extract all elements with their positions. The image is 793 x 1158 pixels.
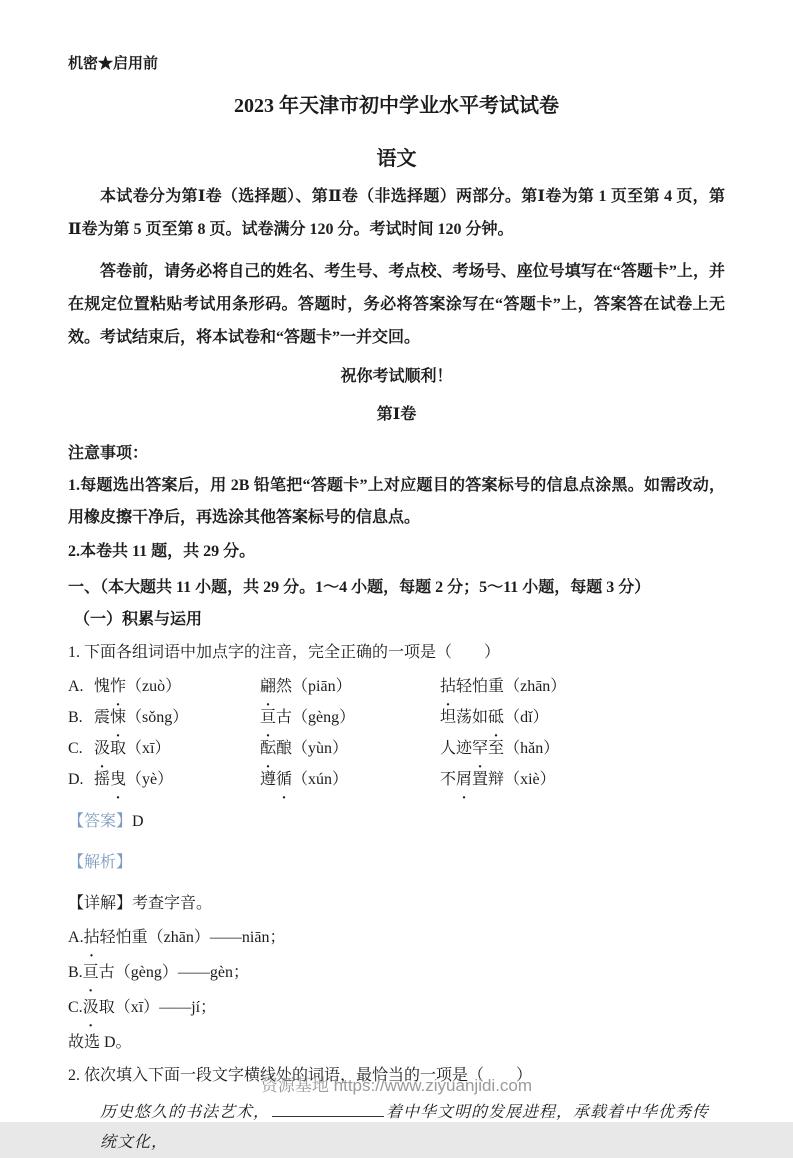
explanation-line: A.拈轻怕重（zhān）——niān； — [68, 922, 725, 953]
question-1-stem: 1. 下面各组词语中加点字的注音，完全正确的一项是（ ） — [68, 639, 725, 667]
dotted-character: 悚 — [110, 702, 126, 733]
explanation-lines: A.拈轻怕重（zhān）——niān；B.亘古（gèng）——gèn；C.汲取（… — [68, 922, 725, 1023]
answer-value: D — [132, 813, 144, 830]
exam-paper-page: 机密★启用前 2023 年天津市初中学业水平考试试卷 语文 本试卷分为第Ⅰ卷（选… — [0, 0, 793, 1122]
dotted-character: 拈 — [84, 922, 100, 953]
dotted-character: 罕 — [472, 733, 488, 764]
dotted-character: 汲 — [83, 992, 99, 1023]
dotted-character: 亘 — [260, 702, 276, 733]
option-row: A.愧怍（zuò）翩然（piān）拈轻怕重（zhān） — [68, 671, 725, 702]
analysis-label: 【解析】 — [68, 854, 132, 871]
option-word: 拈轻怕重（zhān） — [440, 671, 566, 702]
option-word: 愧怍（zuò） — [94, 671, 260, 702]
option-label: B. — [68, 702, 94, 733]
option-label: D. — [68, 764, 94, 795]
question-1-options: A.愧怍（zuò）翩然（piān）拈轻怕重（zhān）B.震悚（sǒng）亘古（… — [68, 671, 725, 795]
option-word: 摇曳（yè） — [94, 764, 260, 795]
page-title: 2023 年天津市初中学业水平考试试卷 — [68, 89, 725, 118]
option-label: A. — [68, 671, 94, 702]
dotted-character: 怍 — [110, 671, 126, 702]
detail-line: 【详解】考查字音。 — [68, 890, 725, 918]
analysis-line: 【解析】 — [68, 849, 725, 877]
subsection-heading: （一）积累与运用 — [68, 605, 725, 635]
notice-title: 注意事项： — [68, 440, 725, 468]
option-word: 坦荡如砥（dǐ） — [440, 702, 549, 733]
option-word: 不屑置辩（xiè） — [440, 764, 556, 795]
detail-label: 【详解】 — [68, 895, 132, 912]
option-word: 人迹罕至（hǎn） — [440, 733, 559, 764]
subject-title: 语文 — [68, 142, 725, 171]
wish-line: 祝你考试顺利！ — [68, 362, 725, 392]
classification-label: 机密★启用前 — [68, 52, 725, 73]
option-row: C.汲取（xī）酝酿（yùn）人迹罕至（hǎn） — [68, 733, 725, 764]
option-word: 遵循（xún） — [260, 764, 440, 795]
dotted-character: 翩 — [260, 671, 276, 702]
answer-label: 【答案】 — [68, 813, 132, 830]
notice-item-2: 2.本卷共 11 题，共 29 分。 — [68, 536, 725, 568]
fill-blank-line — [272, 1100, 384, 1117]
dotted-character: 循 — [276, 764, 292, 795]
option-word: 酝酿（yùn） — [260, 733, 440, 764]
dotted-character: 拈 — [440, 671, 456, 702]
dotted-character: 屑 — [456, 764, 472, 795]
intro-paragraph-1: 本试卷分为第Ⅰ卷（选择题）、第Ⅱ卷（非选择题）两部分。第Ⅰ卷为第 1 页至第 4… — [68, 180, 725, 246]
question-2-excerpt: 历史悠久的书法艺术，着中华文明的发展进程，承载着中华优秀传统文化， — [68, 1098, 725, 1158]
answer-line: 【答案】D — [68, 808, 725, 836]
option-word: 震悚（sǒng） — [94, 702, 260, 733]
excerpt-prefix: 历史悠久的书法艺术， — [100, 1104, 270, 1121]
option-word: 亘古（gèng） — [260, 702, 440, 733]
dotted-character: 汲 — [94, 733, 110, 764]
explanation-line: C.汲取（xī）——jí； — [68, 992, 725, 1023]
intro-paragraph-2: 答卷前，请务必将自己的姓名、考生号、考点校、考场号、座位号填写在“答题卡”上，并… — [68, 255, 725, 354]
option-row: B.震悚（sǒng）亘古（gèng）坦荡如砥（dǐ） — [68, 702, 725, 733]
detail-text: 考查字音。 — [132, 895, 212, 912]
option-word: 翩然（piān） — [260, 671, 440, 702]
explanation-line: B.亘古（gèng）——gèn； — [68, 957, 725, 988]
option-row: D.摇曳（yè）遵循（xún）不屑置辩（xiè） — [68, 764, 725, 795]
section-heading: 一、（本大题共 11 小题，共 29 分。1～4 小题，每题 2 分；5～11 … — [68, 572, 725, 604]
conclusion-line: 故选 D。 — [68, 1027, 725, 1058]
dotted-character: 酝 — [260, 733, 276, 764]
dotted-character: 亘 — [83, 957, 99, 988]
notice-item-1: 1.每题选出答案后，用 2B 铅笔把“答题卡”上对应题目的答案标号的信息点涂黑。… — [68, 470, 725, 534]
part-title: 第Ⅰ卷 — [68, 400, 725, 430]
dotted-character: 曳 — [110, 764, 126, 795]
dotted-character: 砥 — [488, 702, 504, 733]
option-label: C. — [68, 733, 94, 764]
watermark-footer: 资源基地 https://www.ziyuanjidi.com — [0, 1071, 793, 1096]
